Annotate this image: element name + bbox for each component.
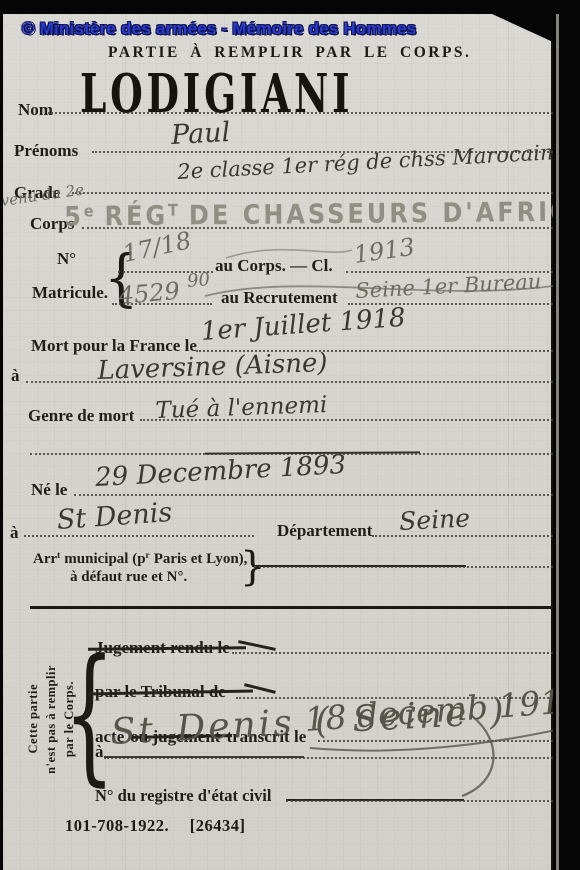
genre-label: Genre de mort [28,406,134,426]
nom-label: Nom [18,100,53,120]
prenoms-value: Paul [170,117,231,151]
lieu-line [104,757,553,759]
arr-sup: t [57,551,60,561]
au-recrutement-label: au Recrutement [221,288,338,308]
grade-line [72,192,553,194]
registre-line [286,800,553,802]
departement-value: Seine [398,503,470,536]
sidebar-note-line1: Cette partie [26,684,41,754]
arr-word: municipal (p [64,551,145,567]
scan-corner-shadow [492,14,553,42]
stamp-reg-sup: T [168,202,181,220]
ne-date-value: 29 Decembre 1893 [94,450,346,493]
classe-value: 1913 [352,233,416,269]
arr-word: Arr [33,551,57,567]
arr-sup: r [146,551,150,561]
arrondissement-label-line2: à défaut rue et N°. [70,569,187,586]
stamp-number-sup: e [84,203,97,221]
ne-label: Né le [31,480,67,500]
footer-reference: 101-708-1922. [26434] [65,816,246,836]
jugement-line [232,652,553,654]
stamp-name: DE CHASSEURS D'AFRIQUE [189,196,580,232]
corps-regiment-stamp: 5eRÉGTDE CHASSEURS D'AFRIQUE [64,196,580,233]
departement-label: Département [277,521,372,541]
document-scan-root: © Ministère des armées - Mémoire des Hom… [0,0,580,870]
prenoms-label: Prénoms [14,141,78,161]
section-title: PARTIE À REMPLIR PAR LE CORPS. [108,44,471,62]
image-number: [26434] [190,816,246,835]
arrondissement-line [254,566,553,568]
registre-label: N° du registre d'état civil [95,786,271,806]
stamp-number: 5 [64,201,84,233]
arrondissement-label-line1: Arrtmunicipal (prParis et Lyon), [33,551,247,568]
print-reference: 101-708-1922. [65,816,169,835]
au-corps-label: au Corps. — Cl. [215,256,333,276]
matricule-corps-value: 17/18 [120,226,193,268]
section-divider-rule [30,606,553,609]
transcription-lieu-label: à [95,742,104,762]
mort-date-value: 1er Juillet 1918 [200,303,407,347]
ne-lieu-label: à [10,523,19,543]
sidebar-note-line2: n'est pas à remplir [44,665,59,774]
recrutement-place-value: Seine 1er Bureau [355,269,542,303]
arr-word: Paris et Lyon), [154,551,248,567]
page-stack-edge [556,14,559,870]
ne-line [74,494,553,496]
ne-lieu-value: St Denis [56,497,173,536]
stamp-reg: RÉG [104,200,168,232]
matricule-label-line2: Matricule. [32,283,108,303]
nom-value-stamp: LODIGIANI [80,62,353,125]
record-card-content: © Ministère des armées - Mémoire des Hom… [0,0,580,870]
mort-lieu-label: à [11,366,20,386]
jugement-strike-hook [238,640,276,650]
recrutement-value-line [112,303,212,305]
grade-value: 2e classe 1er rég de chss Marocains [177,140,565,184]
watermark: © Ministère des armées - Mémoire des Hom… [22,19,416,39]
matricule-label-line1: N° [57,249,76,269]
matricule-recrutement-value: 4529 [118,277,181,310]
matricule-recrutement-sup: 90 [186,269,211,292]
